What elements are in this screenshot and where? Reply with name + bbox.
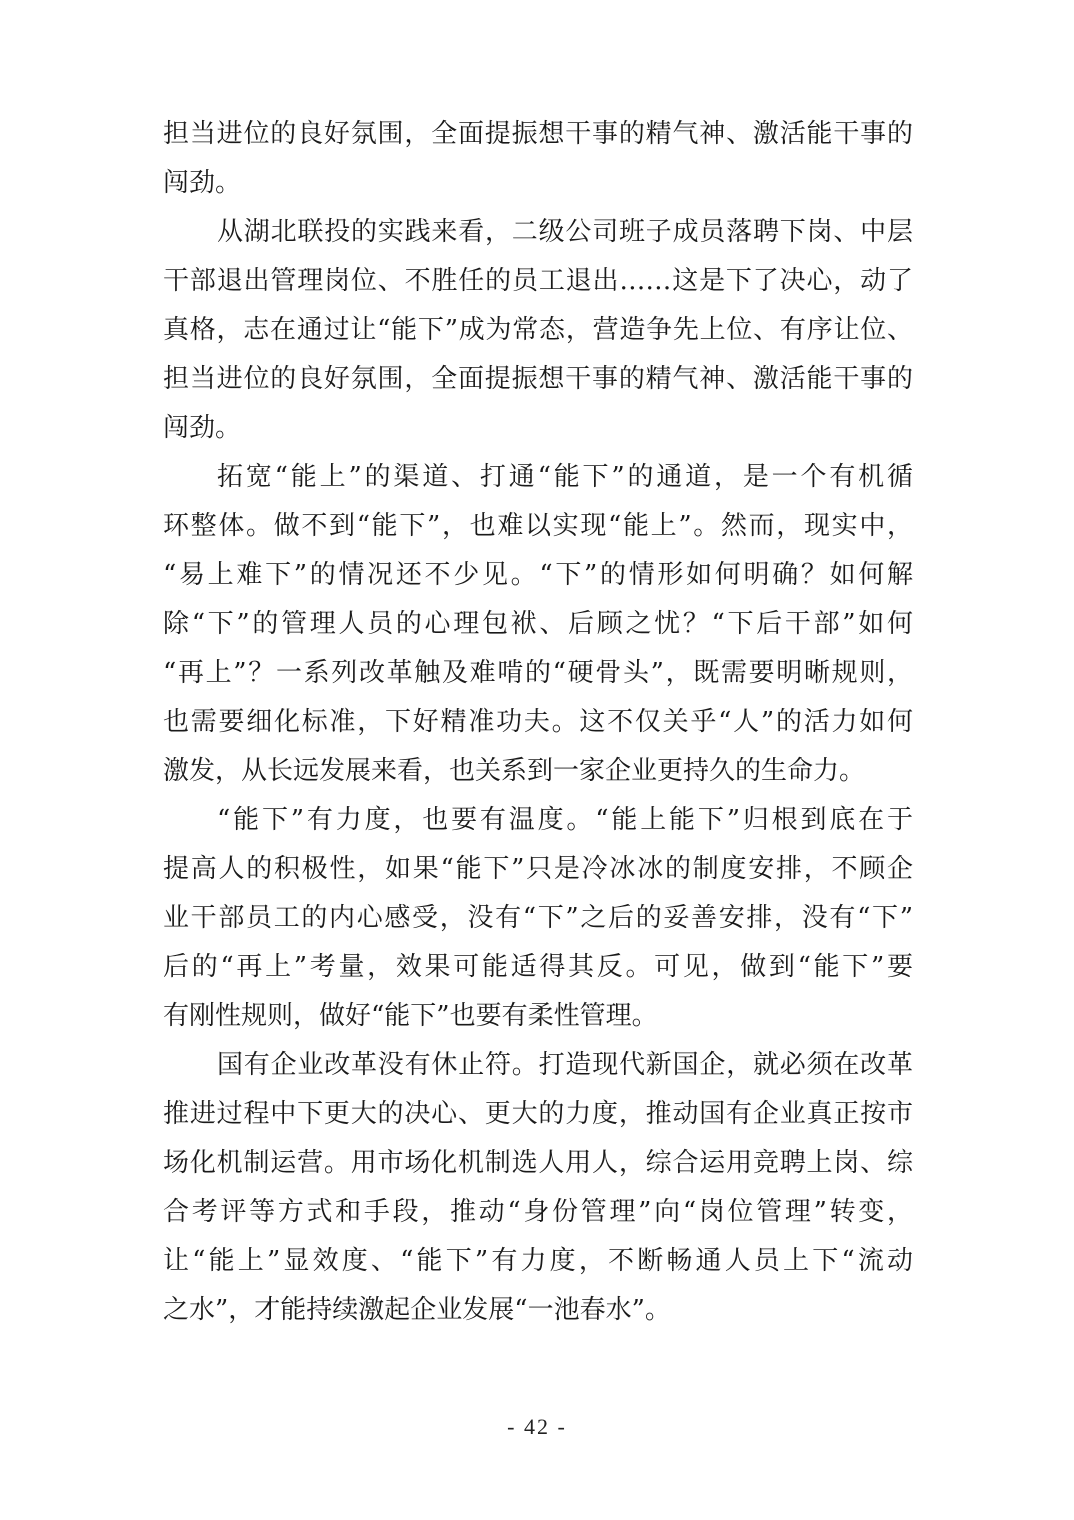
body-text: 担当进位的良好氛围，全面提振想干事的精气神、激活能干事的 闯劲。 从湖北联投的实… bbox=[163, 110, 913, 1335]
text-line: 让“能上”显效度、“能下”有力度，不断畅通人员上下“流动 bbox=[163, 1237, 913, 1286]
text-line: 提高人的积极性，如果“能下”只是冷冰冰的制度安排，不顾企 bbox=[163, 845, 913, 894]
text-line: 除“下”的管理人员的心理包袱、后顾之忧？“下后干部”如何 bbox=[163, 600, 913, 649]
text-line: 激发，从长远发展来看，也关系到一家企业更持久的生命力。 bbox=[163, 747, 913, 796]
text-line: “再上”？一系列改革触及难啃的“硬骨头”，既需要明晰规则， bbox=[163, 649, 913, 698]
text-line: 之水”，才能持续激起企业发展“一池春水”。 bbox=[163, 1286, 913, 1335]
paragraph-up-down-channels: 拓宽“能上”的渠道、打通“能下”的通道，是一个有机循 环整体。做不到“能下”，也… bbox=[163, 453, 913, 796]
text-line: 也需要细化标准，下好精准功夫。这不仅关乎“人”的活力如何 bbox=[163, 698, 913, 747]
text-line: 闯劲。 bbox=[163, 404, 913, 453]
text-line: 拓宽“能上”的渠道、打通“能下”的通道，是一个有机循 bbox=[163, 453, 913, 502]
text-line: 合考评等方式和手段，推动“身份管理”向“岗位管理”转变， bbox=[163, 1188, 913, 1237]
document-page: 担当进位的良好氛围，全面提振想干事的精气神、激活能干事的 闯劲。 从湖北联投的实… bbox=[0, 0, 1074, 1520]
text-line: 担当进位的良好氛围，全面提振想干事的精气神、激活能干事的 bbox=[163, 110, 913, 159]
text-line: 推进过程中下更大的决心、更大的力度，推动国有企业真正按市 bbox=[163, 1090, 913, 1139]
text-line: 闯劲。 bbox=[163, 159, 913, 208]
text-line: 真格，志在通过让“能下”成为常态，营造争先上位、有序让位、 bbox=[163, 306, 913, 355]
text-line: “易上难下”的情况还不少见。“下”的情形如何明确？如何解 bbox=[163, 551, 913, 600]
text-line: 国有企业改革没有休止符。打造现代新国企，就必须在改革 bbox=[163, 1041, 913, 1090]
text-line: 从湖北联投的实践来看，二级公司班子成员落聘下岗、中层 bbox=[163, 208, 913, 257]
text-line: “能下”有力度，也要有温度。“能上能下”归根到底在于 bbox=[163, 796, 913, 845]
text-line: 有刚性规则，做好“能下”也要有柔性管理。 bbox=[163, 992, 913, 1041]
paragraph-hubei-practice: 从湖北联投的实践来看，二级公司班子成员落聘下岗、中层 干部退出管理岗位、不胜任的… bbox=[163, 208, 913, 453]
text-line: 担当进位的良好氛围，全面提振想干事的精气神、激活能干事的 bbox=[163, 355, 913, 404]
text-line: 干部退出管理岗位、不胜任的员工退出……这是下了决心，动了 bbox=[163, 257, 913, 306]
page-number: - 42 - bbox=[0, 1414, 1074, 1440]
paragraph-strength-and-warmth: “能下”有力度，也要有温度。“能上能下”归根到底在于 提高人的积极性，如果“能下… bbox=[163, 796, 913, 1041]
text-line: 环整体。做不到“能下”，也难以实现“能上”。然而，现实中， bbox=[163, 502, 913, 551]
paragraph-continued: 担当进位的良好氛围，全面提振想干事的精气神、激活能干事的 闯劲。 bbox=[163, 110, 913, 208]
text-line: 场化机制运营。用市场化机制选人用人，综合运用竞聘上岗、综 bbox=[163, 1139, 913, 1188]
text-line: 业干部员工的内心感受，没有“下”之后的妥善安排，没有“下” bbox=[163, 894, 913, 943]
text-line: 后的“再上”考量，效果可能适得其反。可见，做到“能下”要 bbox=[163, 943, 913, 992]
paragraph-soe-reform: 国有企业改革没有休止符。打造现代新国企，就必须在改革 推进过程中下更大的决心、更… bbox=[163, 1041, 913, 1335]
